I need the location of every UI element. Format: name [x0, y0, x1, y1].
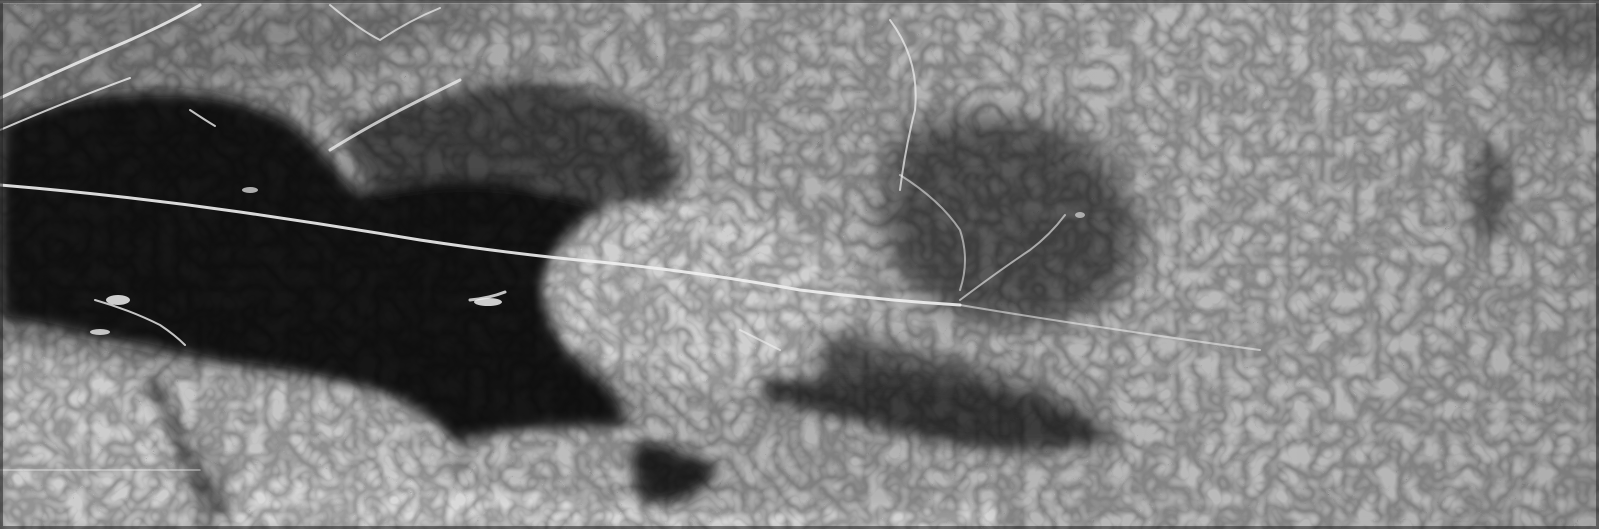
photo-canvas — [0, 0, 1599, 529]
textured-monochrome-photo — [0, 0, 1599, 529]
